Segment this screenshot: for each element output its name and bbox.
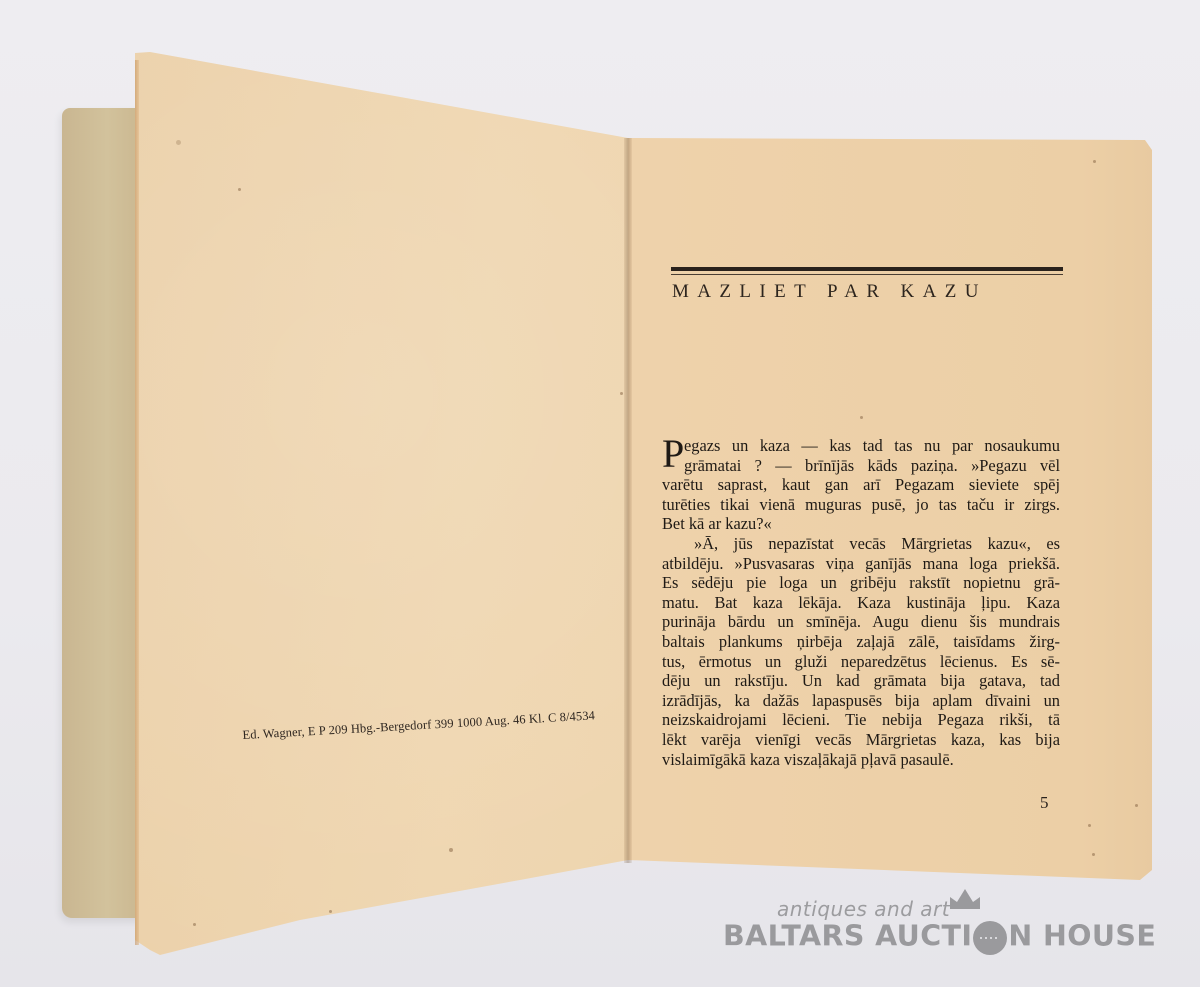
watermark-name-part1: BALTARS AUCTI <box>723 920 972 953</box>
paper-speck <box>176 140 181 145</box>
page-number: 5 <box>1040 793 1049 813</box>
left-page-edge <box>135 60 139 945</box>
paper-speck <box>238 188 241 191</box>
heading-rule-thick <box>671 267 1063 271</box>
text-line: turēties tikai vienā muguras pusē, jo ta… <box>662 495 1060 515</box>
text-line: matu. Bat kaza lēkāja. Kaza kustināja ļi… <box>662 593 1060 613</box>
text-line: izrādījās, ka dažās lapaspusēs bija apla… <box>662 691 1060 711</box>
text-line: baltais plankums ņirbēja zaļajā zālē, ta… <box>662 632 1060 652</box>
text-line: vislaimīgākā kaza viszaļākajā pļavā pasa… <box>662 750 1060 770</box>
text-line: purināja bārdu un smīnēja. Augu dienu ši… <box>662 612 1060 632</box>
paper-speck <box>449 848 453 852</box>
watermark-name: BALTARS AUCTIN HOUSE <box>723 918 1156 953</box>
paper-speck <box>860 416 863 419</box>
text-line: varētu saprast, kaut gan arī Pegazam sie… <box>662 475 1060 495</box>
text-line: Bet kā ar kazu?« <box>662 514 1060 534</box>
text-line: atbildēju. »Pusvasaras viņa ganījās mana… <box>662 554 1060 574</box>
watermark-name-part2: N HOUSE <box>1008 920 1156 953</box>
paper-speck <box>193 923 196 926</box>
text-line: dēju un rakstīju. Un kad grāmata bija ga… <box>662 671 1060 691</box>
crown-icon <box>948 889 982 911</box>
text-line: tus, ērmotus un gluži neparedzētus lēcie… <box>662 652 1060 672</box>
text-line: egazs un kaza — kas tad tas nu par nosau… <box>662 436 1060 456</box>
book-gutter <box>624 138 632 863</box>
paper-speck <box>1135 804 1138 807</box>
text-line: »Ā, jūs nepazīstat vecās Mārgrietas kazu… <box>662 534 1060 554</box>
crown-ball-icon <box>973 919 1007 953</box>
paper-speck <box>620 392 623 395</box>
paper-speck <box>1088 824 1091 827</box>
heading-rule-thin <box>671 274 1063 275</box>
text-line: lēkt varēja vienīgi vecās Mārgrietas kaz… <box>662 730 1060 750</box>
text-line: grāmatai ? — brīnījās kāds paziņa. »Pega… <box>662 456 1060 476</box>
photo-scene: Ed. Wagner, E P 209 Hbg.-Bergedorf 399 1… <box>0 0 1200 987</box>
paper-speck <box>329 910 332 913</box>
text-line: neizskaidrojami lēcieni. Tie nebija Pega… <box>662 710 1060 730</box>
text-line: Es sēdēju pie loga un gribēju rakstīt no… <box>662 573 1060 593</box>
chapter-body: egazs un kaza — kas tad tas nu par nosau… <box>662 436 1060 769</box>
paper-speck <box>1093 160 1096 163</box>
paper-speck <box>1092 853 1095 856</box>
chapter-title: MAZLIET PAR KAZU <box>672 281 1064 303</box>
